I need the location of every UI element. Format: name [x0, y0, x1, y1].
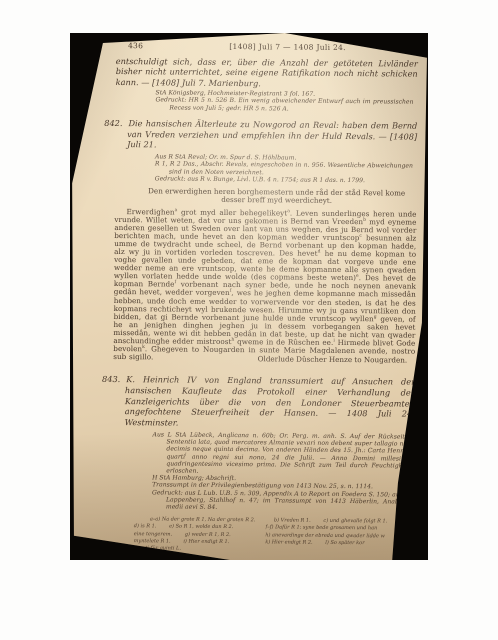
entry-843-source-notes: Aus L StA Lübeck, Anglicana n. 60b; Or. … — [112, 431, 415, 513]
intro-regest: entschuldigt sich, dass er, über die Anz… — [116, 56, 418, 90]
footnote-cell: quarti für quinti L. — [134, 545, 266, 553]
page-number: 436 — [116, 41, 143, 50]
source-note: Gedruckt: aus R v. Bunge, Livl. U.B. 4 n… — [155, 175, 413, 184]
book-page: 436 [1408] Juli 7 — 1408 Juli 24. entsch… — [70, 33, 428, 560]
intro-source-notes: StA Königsberg, Hochmeister-Registrant 3… — [115, 89, 417, 113]
page-header: 436 [1408] Juli 7 — 1408 Juli 24. — [116, 41, 418, 53]
entry-843-number: 843. — [102, 374, 126, 384]
letter-signature: Olderlude Dûscher Henze to Nougarden. — [113, 353, 415, 365]
source-note: Aus L StA Lübeck, Anglicana n. 60b; Or. … — [152, 431, 410, 476]
page-content: 436 [1408] Juli 7 — 1408 Juli 24. entsch… — [112, 41, 418, 555]
source-note: Gedruckt: HR 5 n. 526 B. Ein wenig abwei… — [155, 97, 413, 114]
letter-address: Den erwerdighen heren borghemestern unde… — [115, 187, 417, 206]
entry-842-number: 842. — [104, 118, 128, 128]
running-header: [1408] Juli 7 — 1408 Juli 24. — [157, 41, 418, 52]
entry-843-heading: 843.K. Heinrich IV von England transsumi… — [102, 374, 415, 431]
source-note: Gedruckt: aus L Lub. U.B. 5 n. 309, Appe… — [152, 489, 410, 513]
entry-842-regest: Die hansischen Älterleute zu Nowgorod an… — [127, 118, 417, 150]
letter-body: Erwerdighena grot myd aller behegelikeyt… — [113, 208, 416, 364]
entry-842-heading: 842.Die hansischen Älterleute zu Nowgoro… — [104, 118, 417, 153]
entry-842-source-notes: Aus R StA Reval; Or. m. Spur d. S. Höhlb… — [115, 153, 417, 184]
screenshot-canvas: 436 [1408] Juli 7 — 1408 Juli 24. entsch… — [0, 0, 498, 640]
entry-843-regest: K. Heinrich IV von England transsumiert … — [125, 374, 415, 428]
book-photo: 436 [1408] Juli 7 — 1408 Juli 24. entsch… — [70, 33, 428, 560]
footnote-row: quarti für quinti L. — [134, 545, 414, 555]
footnote-cell — [265, 546, 413, 554]
footnotes-block: a–a) Na der grote R 1, Na der groten R 2… — [112, 516, 414, 555]
